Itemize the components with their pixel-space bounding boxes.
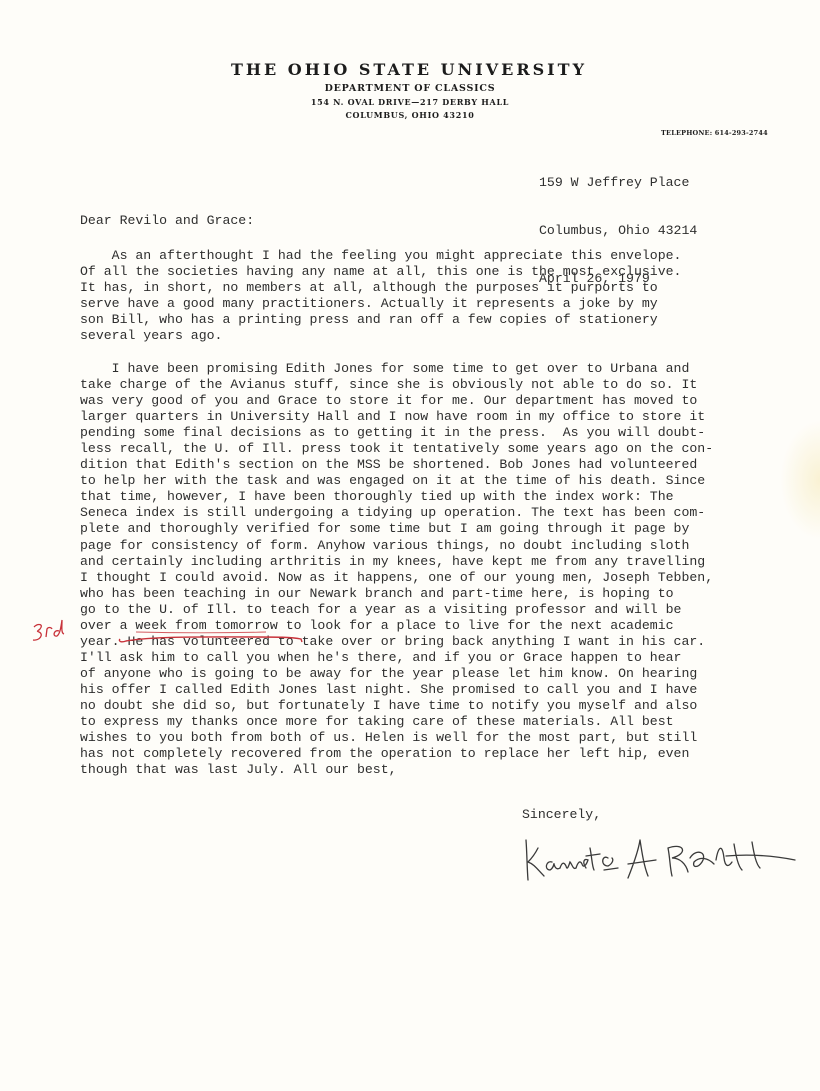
letter-line: dition that Edith's section on the MSS b… [80,457,713,473]
letter-line: less recall, the U. of Ill. press took i… [80,441,713,457]
letter-line: page for consistency of form. Anyhow var… [80,538,713,554]
letter-line: I thought I could avoid. Now as it happe… [80,570,713,586]
letter-line: larger quarters in University Hall and I… [80,409,713,425]
letter-line: I have been promising Edith Jones for so… [80,361,713,377]
department-city: COLUMBUS, OHIO 43210 [0,110,820,120]
letter-line: Seneca index is still undergoing a tidyi… [80,505,713,521]
closing: Sincerely, [522,807,601,822]
department-name: DEPARTMENT OF CLASSICS [0,83,820,94]
letter-line: that time, however, I have been thorough… [80,489,713,505]
department-address: 154 N. OVAL DRIVE—217 DERBY HALL [0,97,820,107]
letter-line: who has been teaching in our Newark bran… [80,586,713,602]
letter-line: pending some final decisions as to getti… [80,425,713,441]
red-underline-annotation [116,630,306,644]
salutation: Dear Revilo and Grace: [80,213,254,228]
letter-line: several years ago. [80,328,681,344]
paragraph-1: As an afterthought I had the feeling you… [80,248,681,344]
letter-line: and certainly including arthritis in my … [80,554,713,570]
letter-line: take charge of the Avianus stuff, since … [80,377,713,393]
letter-line: son Bill, who has a printing press and r… [80,312,681,328]
letter-page: THE OHIO STATE UNIVERSITY DEPARTMENT OF … [0,0,820,1091]
letter-line: As an afterthought I had the feeling you… [80,248,681,264]
paragraph-2: I have been promising Edith Jones for so… [80,361,713,778]
letter-line: plete and thoroughly verified for some t… [80,521,713,537]
letter-line: to express my thanks once more for takin… [80,714,713,730]
sender-street: 159 W Jeffrey Place [539,175,697,191]
letter-line: was very good of you and Grace to store … [80,393,713,409]
letter-line: go to the U. of Ill. to teach for a year… [80,602,713,618]
margin-note-3rd [30,617,70,649]
letterhead: THE OHIO STATE UNIVERSITY DEPARTMENT OF … [0,60,820,120]
letter-line: Of all the societies having any name at … [80,264,681,280]
letter-line: no doubt she did so, but fortunately I h… [80,698,713,714]
letter-line: though that was last July. All our best, [80,762,713,778]
sender-city: Columbus, Ohio 43214 [539,223,697,239]
handwritten-signature [520,828,800,888]
letter-line: wishes to you both from both of us. Hele… [80,730,713,746]
institution-name: THE OHIO STATE UNIVERSITY [0,60,820,79]
letter-line: to help her with the task and was engage… [80,473,713,489]
letter-line: his offer I called Edith Jones last nigh… [80,682,713,698]
telephone-number: TELEPHONE: 614-293-2744 [661,129,768,137]
letter-line: has not completely recovered from the op… [80,746,713,762]
letter-line: serve have a good many practitioners. Ac… [80,296,681,312]
paper-stain [780,420,820,540]
letter-line: of anyone who is going to be away for th… [80,666,713,682]
letter-line: It has, in short, no members at all, alt… [80,280,681,296]
letter-line: I'll ask him to call you when he's there… [80,650,713,666]
